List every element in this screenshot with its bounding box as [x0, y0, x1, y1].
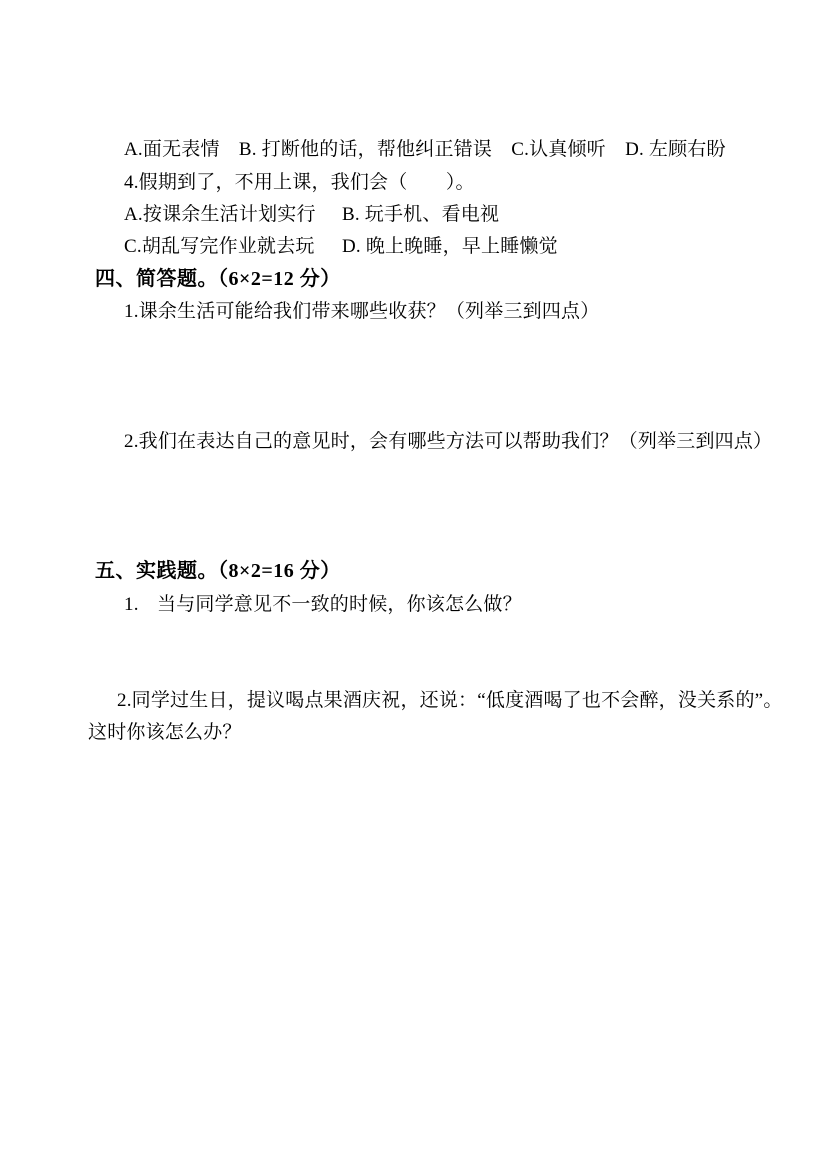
question4-stem: 4.假期到了，不用上课，我们会（ ）。 — [124, 171, 475, 195]
section-five-question-1-number: 1. — [124, 593, 139, 617]
section-four-heading: 四、简答题。（6×2=12 分） — [95, 267, 341, 292]
question4-option-a: A.按课余生活计划实行 — [124, 203, 316, 227]
section-four-question-1: 1.课余生活可能给我们带来哪些收获？（列举三到四点） — [124, 300, 599, 324]
question4-option-b: B. 玩手机、看电视 — [342, 203, 499, 227]
section-five-heading: 五、实践题。（8×2=16 分） — [95, 559, 341, 584]
section-four-question-2: 2.我们在表达自己的意见时，会有哪些方法可以帮助我们？（列举三到四点） — [124, 430, 772, 454]
question4-option-d: D. 晚上晚睡，早上睡懒觉 — [342, 235, 558, 259]
section-five-question-2-line-2: 这时你该怎么办？ — [88, 721, 242, 745]
question3-options-line: A.面无表情 B. 打断他的话，帮他纠正错误 C.认真倾听 D. 左顾右盼 — [124, 138, 726, 162]
question4-option-c: C.胡乱写完作业就去玩 — [124, 235, 315, 259]
section-five-question-1-text: 当与同学意见不一致的时候，你该怎么做？ — [157, 593, 522, 617]
exam-paper-page: A.面无表情 B. 打断他的话，帮他纠正错误 C.认真倾听 D. 左顾右盼 4.… — [0, 0, 827, 1169]
section-five-question-2-line-1: 2.同学过生日，提议喝点果酒庆祝，还说：“低度酒喝了也不会醉，没关系的”。 — [117, 689, 783, 713]
